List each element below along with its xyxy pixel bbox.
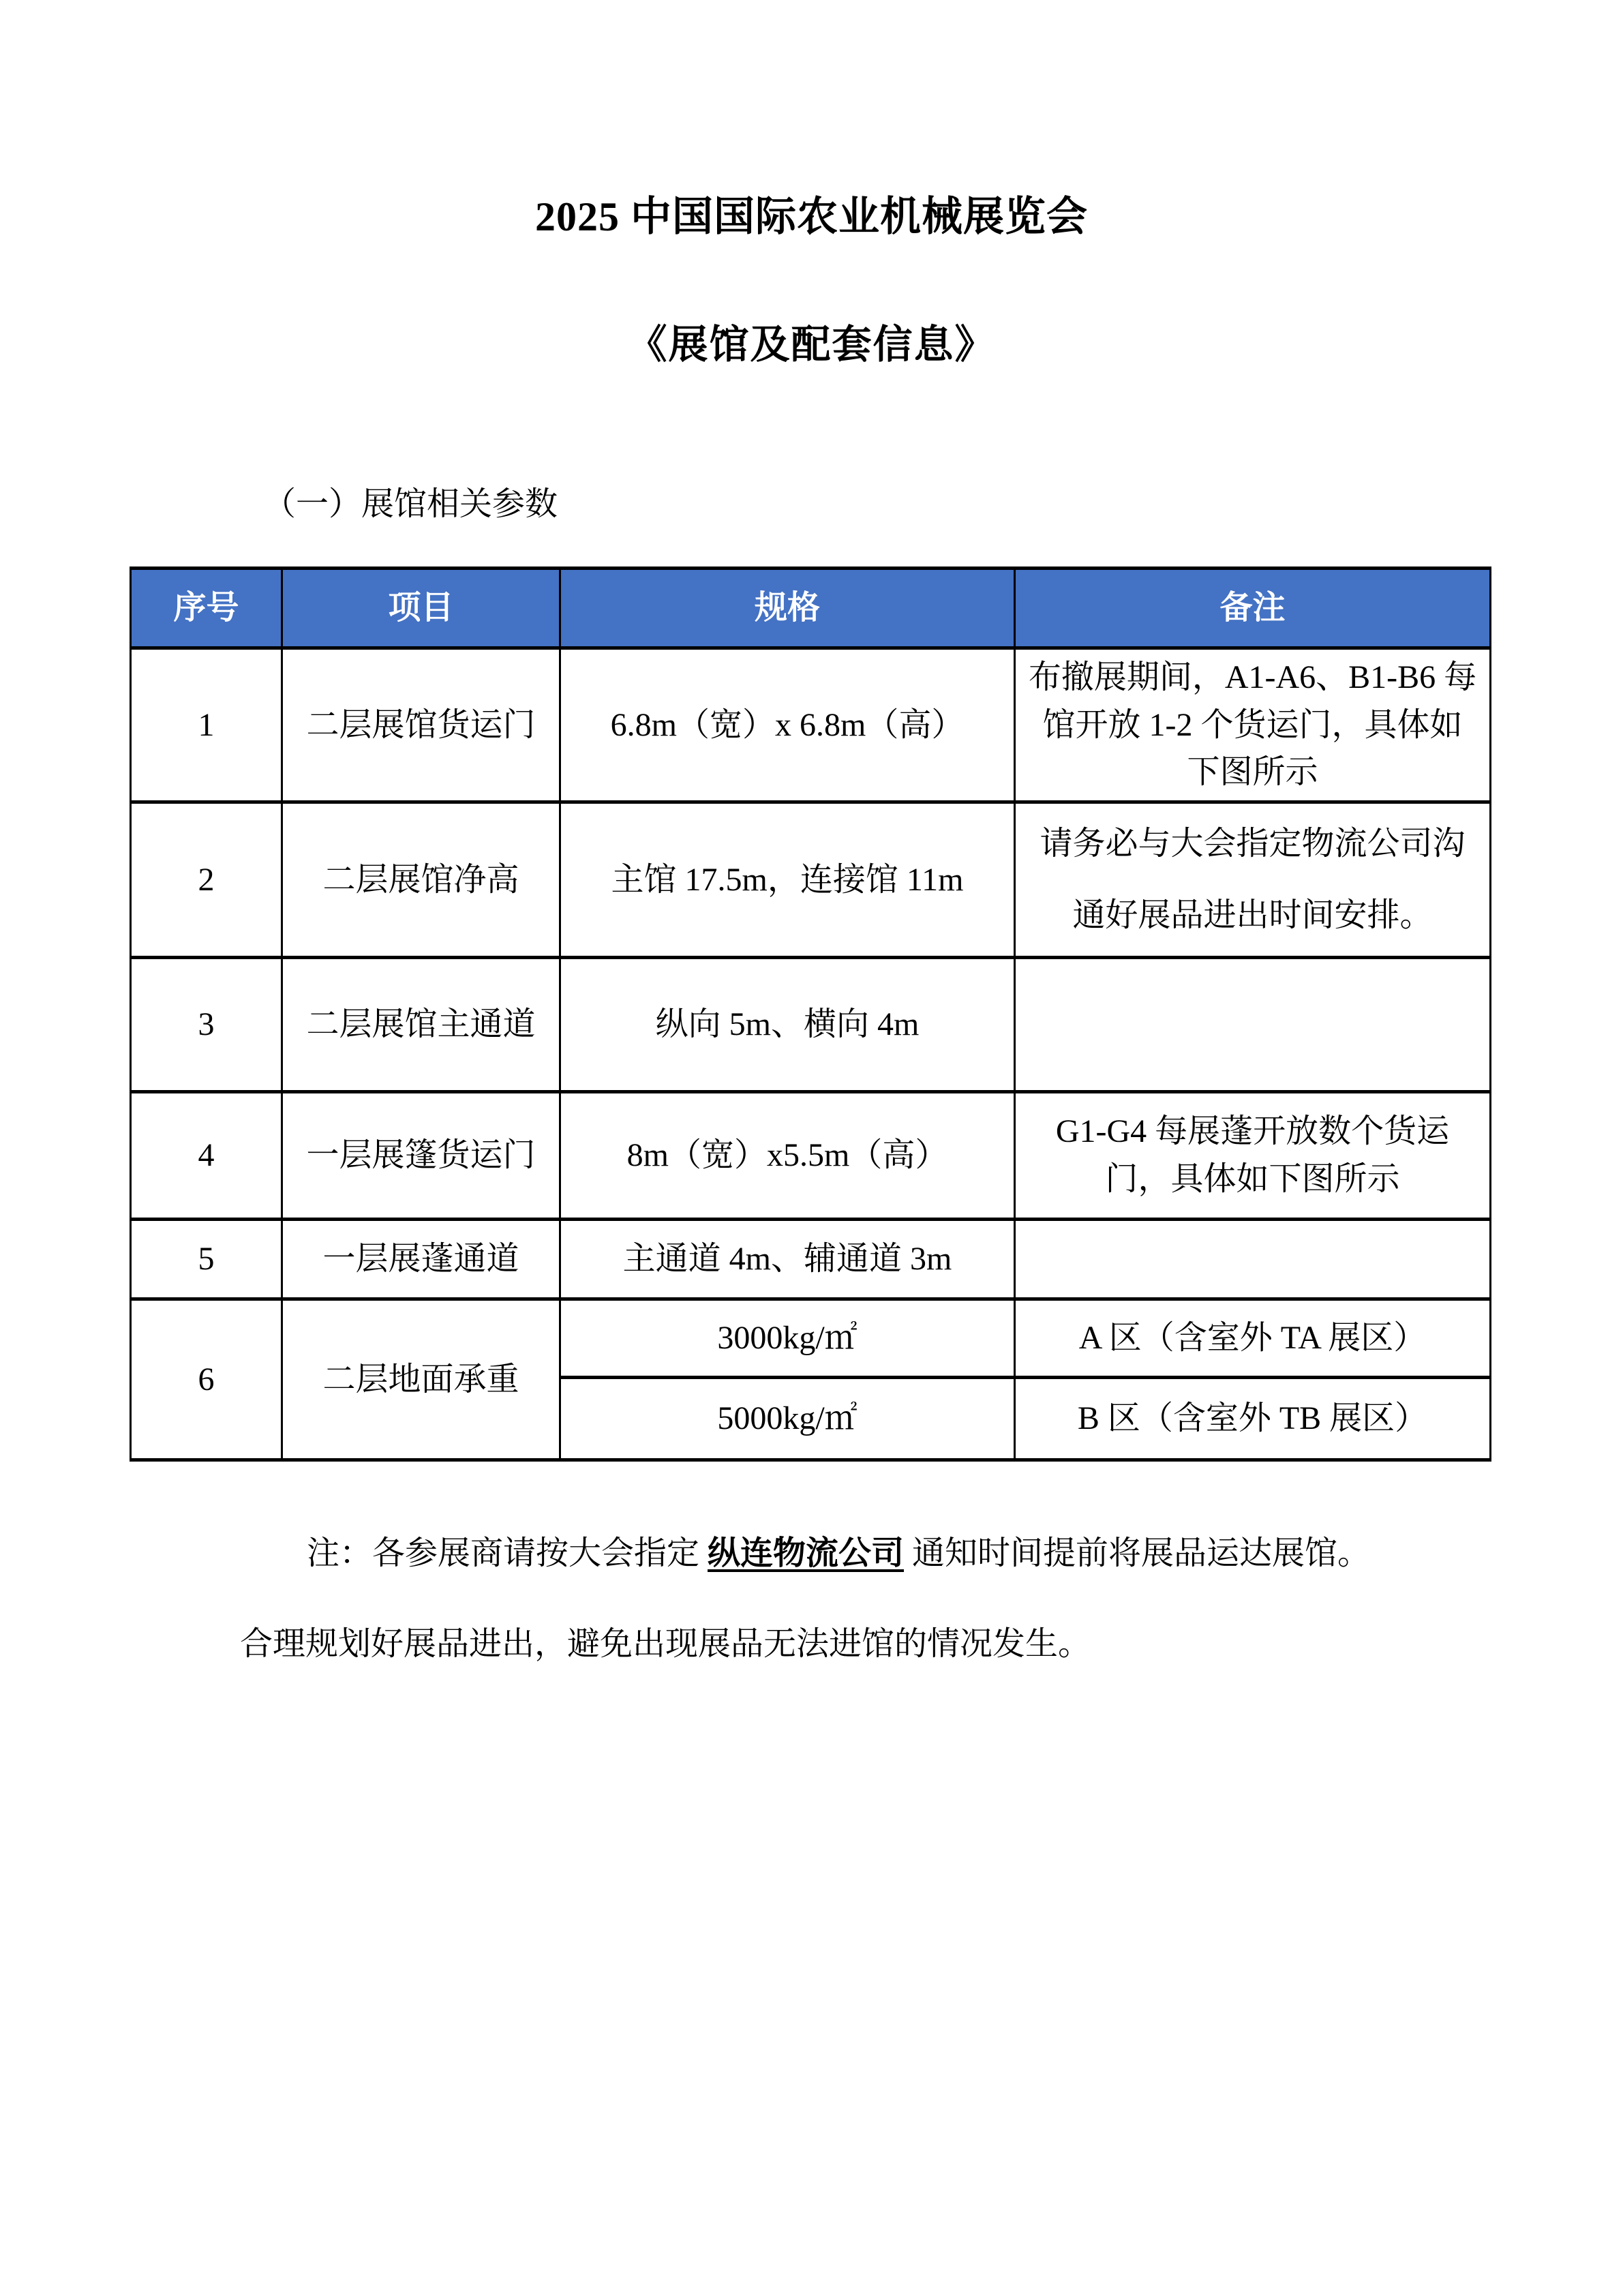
cell-spec: 纵向 5m、横向 4m [560, 957, 1015, 1091]
cell-spec: 主馆 17.5m，连接馆 11m [560, 802, 1015, 957]
note-line-1: 注：各参展商请按大会指定 纵连物流公司 通知时间提前将展品运达展馆。 [130, 1526, 1493, 1573]
cell-no: 4 [131, 1091, 282, 1219]
cell-note [1015, 1219, 1491, 1299]
cell-no: 3 [131, 957, 282, 1091]
cell-note: B 区（含室外 TB 展区） [1015, 1377, 1491, 1460]
cell-spec: 主通道 4m、辅通道 3m [560, 1219, 1015, 1299]
section-heading: （一）展馆相关参数 [263, 477, 1623, 524]
cell-note [1015, 957, 1491, 1091]
header-item: 项目 [282, 569, 560, 648]
table-row: 4 一层展篷货运门 8m（宽）x5.5m（高） G1-G4 每展蓬开放数个货运门… [131, 1091, 1491, 1219]
cell-item: 二层展馆净高 [282, 802, 560, 957]
cell-spec: 6.8m（宽）x 6.8m（高） [560, 648, 1015, 802]
params-table: 序号 项目 规格 备注 1 二层展馆货运门 6.8m（宽）x 6.8m（高） 布… [130, 567, 1491, 1462]
table-row: 3 二层展馆主通道 纵向 5m、横向 4m [131, 957, 1491, 1091]
note-prefix: 注：各参展商请按大会指定 [307, 1535, 708, 1571]
table-row: 5 一层展蓬通道 主通道 4m、辅通道 3m [131, 1219, 1491, 1299]
table-row: 1 二层展馆货运门 6.8m（宽）x 6.8m（高） 布撤展期间，A1-A6、B… [131, 648, 1491, 802]
cell-item: 二层地面承重 [282, 1299, 560, 1460]
header-spec: 规格 [560, 569, 1015, 648]
cell-note: 请务必与大会指定物流公司沟通好展品进出时间安排。 [1015, 802, 1491, 957]
cell-no: 5 [131, 1219, 282, 1299]
note-suffix: 通知时间提前将展品运达展馆。 [904, 1535, 1370, 1571]
document-page: 2025 中国国际农业机械展览会 《展馆及配套信息》 （一）展馆相关参数 序号 … [0, 0, 1623, 2296]
cell-no: 6 [131, 1299, 282, 1460]
cell-note: A 区（含室外 TA 展区） [1015, 1299, 1491, 1377]
cell-spec: 3000kg/㎡ [560, 1299, 1015, 1377]
cell-item: 二层展馆货运门 [282, 648, 560, 802]
note-line-2: 合理规划好展品进出，避免出现展品无法进馆的情况发生。 [130, 1617, 1493, 1664]
header-note: 备注 [1015, 569, 1491, 648]
cell-note: G1-G4 每展蓬开放数个货运门，具体如下图所示 [1015, 1091, 1491, 1219]
note-paragraph: 注：各参展商请按大会指定 纵连物流公司 通知时间提前将展品运达展馆。 合理规划好… [130, 1526, 1493, 1664]
cell-no: 2 [131, 802, 282, 957]
table-row: 6 二层地面承重 3000kg/㎡ A 区（含室外 TA 展区） [131, 1299, 1491, 1377]
table-row: 2 二层展馆净高 主馆 17.5m，连接馆 11m 请务必与大会指定物流公司沟通… [131, 802, 1491, 957]
cell-item: 一层展蓬通道 [282, 1219, 560, 1299]
cell-item: 一层展篷货运门 [282, 1091, 560, 1219]
cell-spec: 5000kg/㎡ [560, 1377, 1015, 1460]
logistics-company-name: 纵连物流公司 [708, 1535, 904, 1571]
cell-note: 布撤展期间，A1-A6、B1-B6 每馆开放 1-2 个货运门，具体如下图所示 [1015, 648, 1491, 802]
page-title: 2025 中国国际农业机械展览会 [0, 0, 1623, 243]
header-no: 序号 [131, 569, 282, 648]
page-subtitle: 《展馆及配套信息》 [0, 312, 1623, 369]
cell-spec: 8m（宽）x5.5m（高） [560, 1091, 1015, 1219]
table-header-row: 序号 项目 规格 备注 [131, 569, 1491, 648]
cell-item: 二层展馆主通道 [282, 957, 560, 1091]
cell-no: 1 [131, 648, 282, 802]
